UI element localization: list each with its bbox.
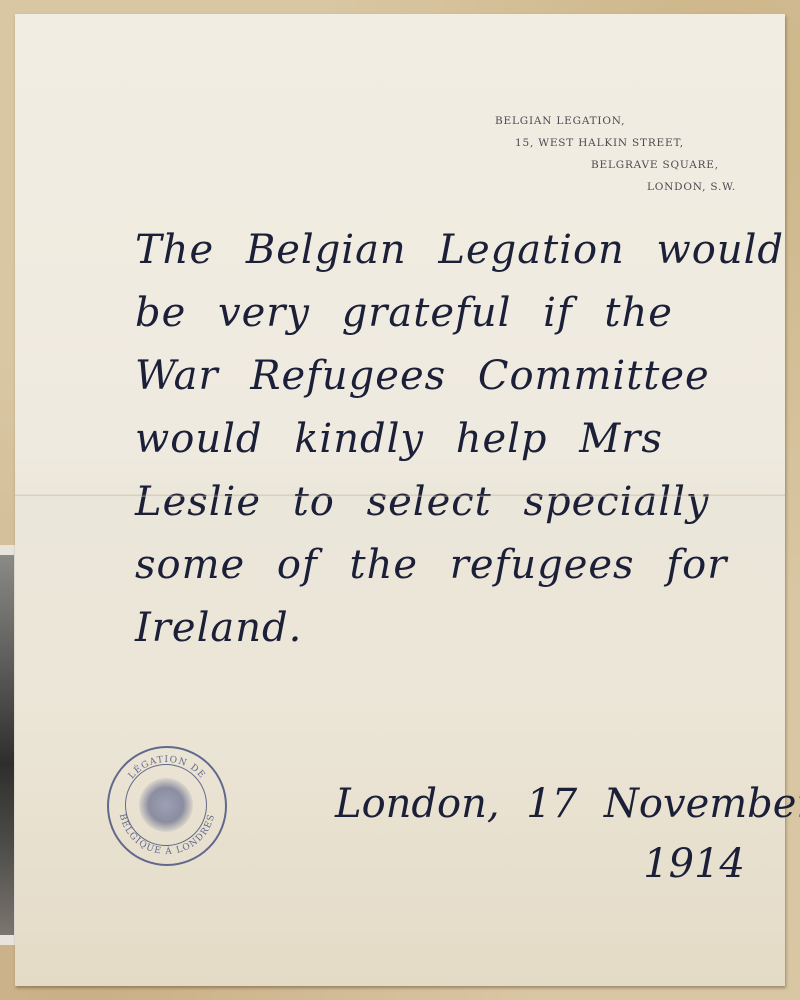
place-and-date: London, 17 November bbox=[335, 774, 775, 834]
letterhead-city: LONDON, S.W. bbox=[495, 176, 765, 198]
background-photograph-edge bbox=[0, 555, 14, 935]
legation-seal-stamp: LÉGATION DE BELGIQUE À LONDRES bbox=[107, 746, 227, 866]
seal-text-ring: LÉGATION DE BELGIQUE À LONDRES bbox=[109, 748, 225, 864]
year: 1914 bbox=[335, 834, 775, 894]
body-line: some of the refugees for bbox=[135, 534, 775, 597]
body-line: Leslie to select specially bbox=[135, 471, 775, 534]
body-line: Ireland. bbox=[135, 597, 775, 660]
body-line: War Refugees Committee bbox=[135, 345, 775, 408]
letterhead: BELGIAN LEGATION, 15, WEST HALKIN STREET… bbox=[495, 110, 765, 198]
body-line: would kindly help Mrs bbox=[135, 408, 775, 471]
letter-closing: London, 17 November 1914 bbox=[335, 774, 775, 894]
letter-body: The Belgian Legation would be very grate… bbox=[135, 219, 775, 660]
body-line: The Belgian Legation would bbox=[135, 219, 775, 282]
letter-sheet: BELGIAN LEGATION, 15, WEST HALKIN STREET… bbox=[15, 14, 785, 986]
seal-text-bottom: BELGIQUE À LONDRES bbox=[117, 813, 218, 857]
svg-text:BELGIQUE À LONDRES: BELGIQUE À LONDRES bbox=[117, 813, 218, 857]
letterhead-organization: BELGIAN LEGATION, bbox=[495, 110, 765, 132]
body-line: be very grateful if the bbox=[135, 282, 775, 345]
svg-text:LÉGATION DE: LÉGATION DE bbox=[127, 755, 207, 781]
seal-text-top: LÉGATION DE bbox=[127, 755, 207, 781]
letterhead-street: 15, WEST HALKIN STREET, bbox=[495, 132, 765, 154]
letterhead-square: BELGRAVE SQUARE, bbox=[495, 154, 765, 176]
